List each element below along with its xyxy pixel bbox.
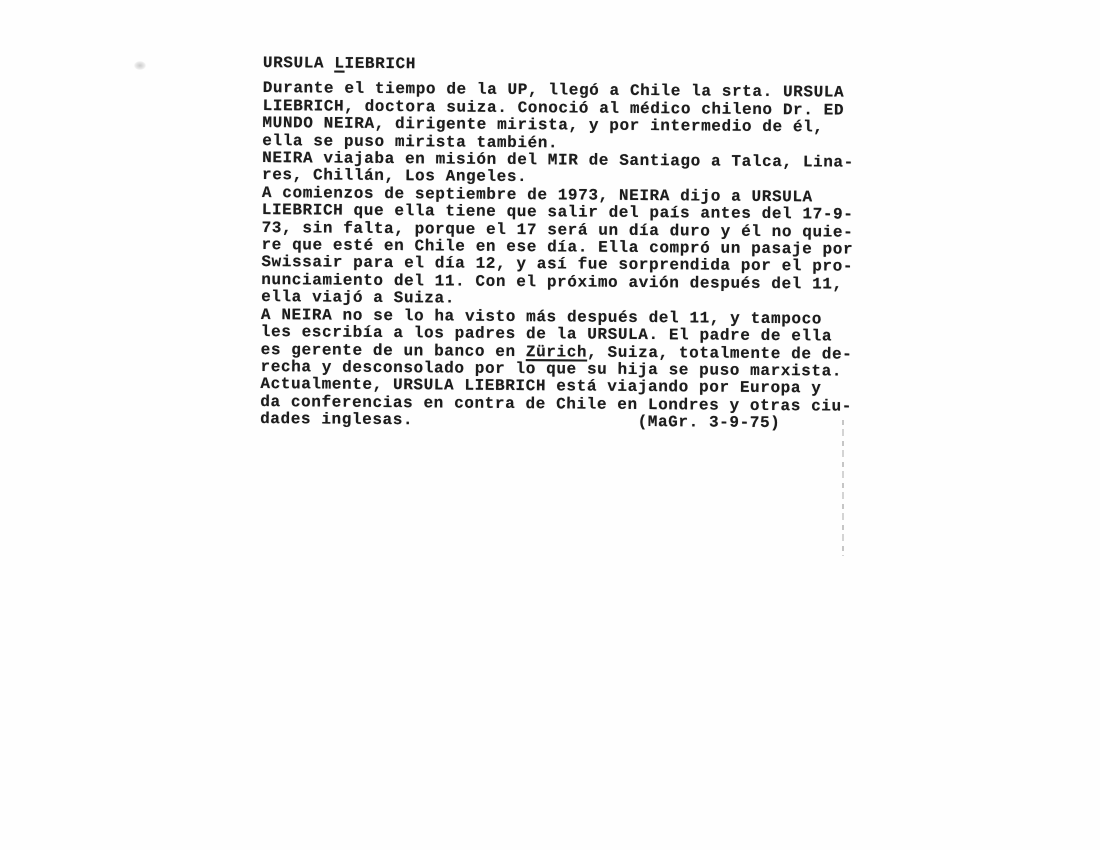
text-segment: Zürich <box>526 343 587 361</box>
text-line: dades inglesas. (MaGr. 3-9-75) <box>260 411 852 433</box>
text-segment: URSULA <box>263 54 335 73</box>
text-segment: L <box>334 55 344 73</box>
text-segment <box>413 411 638 431</box>
text-segment: IEBRICH <box>344 55 416 74</box>
text-segment: dades inglesas. <box>260 410 413 429</box>
document-body: Durante el tiempo de la UP, llegó a Chil… <box>260 80 854 433</box>
scan-scratch-artifact <box>842 420 844 556</box>
text-segment: ella viajó a Suiza. <box>261 288 455 308</box>
scan-smudge-artifact <box>134 61 146 70</box>
document-title: URSULA LIEBRICH <box>263 55 855 77</box>
citation: (MaGr. 3-9-75) <box>638 413 781 432</box>
scanned-document-page: URSULA LIEBRICH Durante el tiempo de la … <box>0 0 1100 850</box>
document-text-block: URSULA LIEBRICH Durante el tiempo de la … <box>260 55 855 433</box>
